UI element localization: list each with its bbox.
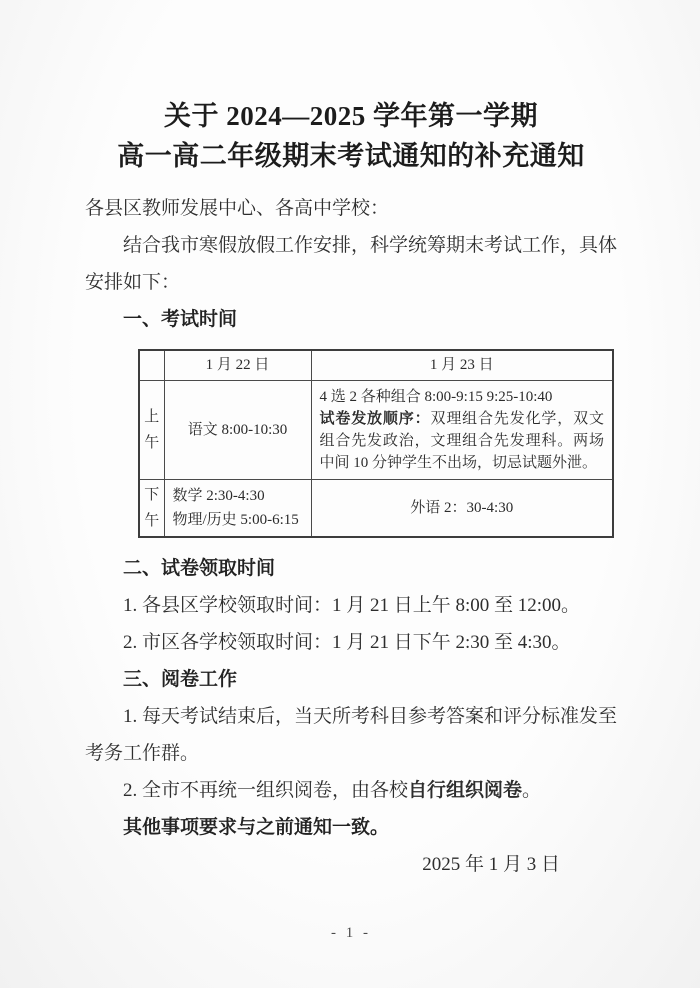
afternoon-jan23-subject: 外语 2：30-4:30	[311, 480, 613, 538]
page-number: - 1 -	[85, 925, 617, 942]
grading-item2-text: 2. 全市不再统一组织阅卷，由各校	[123, 780, 408, 801]
section-heading-grading: 三、阅卷工作	[85, 661, 617, 698]
header-date-jan23: 1 月 23 日	[311, 350, 613, 381]
header-date-jan22: 1 月 22 日	[164, 350, 311, 381]
combo-exam-times: 4 选 2 各种组合 8:00-9:15 9:25-10:40	[320, 386, 605, 408]
title-line-1: 关于 2024—2025 学年第一学期	[85, 96, 617, 136]
section-heading-exam-time: 一、考试时间	[85, 301, 617, 338]
pickup-item-county: 1. 各县区学校领取时间：1 月 21 日上午 8:00 至 12:00。	[85, 587, 617, 624]
grading-item-self-organize: 2. 全市不再统一组织阅卷，由各校自行组织阅卷。	[85, 772, 617, 809]
morning-jan23-detail: 4 选 2 各种组合 8:00-9:15 9:25-10:40 试卷发放顺序：双…	[311, 381, 613, 480]
section-heading-paper-pickup: 二、试卷领取时间	[85, 550, 617, 587]
closing-statement: 其他事项要求与之前通知一致。	[85, 809, 617, 846]
afternoon-physics-history-time: 物理/历史 5:00-6:15	[173, 508, 303, 532]
table-header-row: 1 月 22 日 1 月 23 日	[139, 350, 613, 381]
table-row-afternoon: 下午 数学 2:30-4:30 物理/历史 5:00-6:15 外语 2：30-…	[139, 480, 613, 538]
afternoon-math-time: 数学 2:30-4:30	[173, 484, 303, 508]
afternoon-jan22-subjects: 数学 2:30-4:30 物理/历史 5:00-6:15	[164, 480, 311, 538]
paper-distribution-label: 试卷发放顺序：	[320, 410, 431, 427]
period-cell-afternoon: 下午	[139, 480, 164, 538]
header-empty-cell	[139, 350, 164, 381]
notice-document: 关于 2024—2025 学年第一学期 高一高二年级期末考试通知的补充通知 各县…	[0, 0, 700, 988]
exam-schedule-table: 1 月 22 日 1 月 23 日 上午 语文 8:00-10:30 4 选 2…	[138, 349, 614, 538]
salutation: 各县区教师发展中心、各高中学校：	[85, 190, 617, 227]
issue-date: 2025 年 1 月 3 日	[85, 846, 617, 883]
table-row-morning: 上午 语文 8:00-10:30 4 选 2 各种组合 8:00-9:15 9:…	[139, 381, 613, 480]
pickup-item-city: 2. 市区各学校领取时间：1 月 21 日下午 2:30 至 4:30。	[85, 624, 617, 661]
intro-paragraph: 结合我市寒假放假工作安排，科学统筹期末考试工作，具体安排如下：	[85, 227, 617, 301]
grading-item-answers: 1. 每天考试结束后，当天所考科目参考答案和评分标准发至考务工作群。	[85, 698, 617, 772]
morning-jan22-subject: 语文 8:00-10:30	[164, 381, 311, 480]
grading-item2-period: 。	[522, 780, 541, 801]
period-cell-morning: 上午	[139, 381, 164, 480]
document-title: 关于 2024—2025 学年第一学期 高一高二年级期末考试通知的补充通知	[85, 96, 617, 176]
grading-item2-bold: 自行组织阅卷	[408, 780, 522, 801]
paper-distribution-note: 试卷发放顺序：双理组合先发化学，双文组合先发政治，文理组合先发理科。两场中间 1…	[320, 408, 605, 474]
spacer	[85, 538, 617, 550]
title-line-2: 高一高二年级期末考试通知的补充通知	[85, 136, 617, 176]
